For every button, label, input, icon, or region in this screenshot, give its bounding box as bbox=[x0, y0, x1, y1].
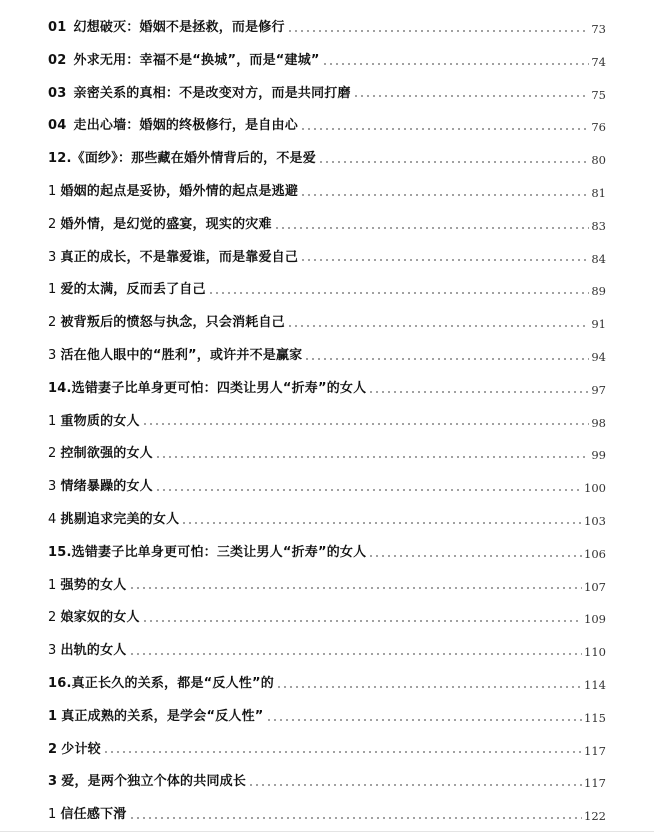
toc-entry[interactable]: 3情绪暴躁的女人 100 bbox=[48, 470, 606, 503]
toc-page-number: 80 bbox=[591, 144, 606, 177]
toc-entry-text: 真正成熟的关系，是学会“反人性” bbox=[61, 709, 263, 724]
toc-entry-number: 12. bbox=[48, 151, 72, 166]
toc-entry-title: 3活在他人眼中的“胜利”，或许并不是赢家 bbox=[48, 340, 302, 373]
dot-leader bbox=[129, 817, 583, 819]
dot-leader bbox=[318, 161, 589, 163]
toc-entry[interactable]: 1强势的女人 107 bbox=[48, 569, 606, 602]
toc-entry-number: 01 bbox=[48, 20, 67, 35]
toc-page-number: 76 bbox=[591, 111, 606, 144]
toc-entry-title: 2少计较 bbox=[48, 734, 101, 767]
toc-entry[interactable]: 02外求无用：幸福不是“换城”，而是“建城” 74 bbox=[48, 44, 606, 77]
toc-entry-number: 02 bbox=[48, 53, 67, 68]
toc-entry-title: 1重物质的女人 bbox=[48, 406, 140, 439]
toc-entry-title: 01幻想破灭：婚姻不是拯救，而是修行 bbox=[48, 12, 285, 45]
toc-entry-title: 03亲密关系的真相：不是改变对方，而是共同打磨 bbox=[48, 78, 351, 111]
toc-entry[interactable]: 1信任感下滑 122 bbox=[48, 798, 606, 831]
toc-page-number: 73 bbox=[591, 13, 606, 46]
toc-entry-text: 活在他人眼中的“胜利”，或许并不是赢家 bbox=[60, 348, 302, 363]
dot-leader bbox=[276, 686, 582, 688]
dot-leader bbox=[208, 292, 590, 294]
dot-leader bbox=[266, 719, 583, 721]
toc-page-number: 107 bbox=[584, 571, 606, 604]
toc-entry-title: 1婚姻的起点是妥协，婚外情的起点是逃避 bbox=[48, 176, 298, 209]
toc-page-number: 114 bbox=[584, 669, 606, 702]
toc-entry-title: 3爱，是两个独立个体的共同成长 bbox=[48, 766, 246, 799]
toc-entry[interactable]: 2被背叛后的愤怒与执念，只会消耗自己 91 bbox=[48, 306, 606, 339]
toc-entry-title: 2娘家奴的女人 bbox=[48, 602, 140, 635]
toc-entry-text: 娘家奴的女人 bbox=[60, 610, 139, 625]
toc-chapter-entry[interactable]: 16.真正长久的关系，都是“反人性”的 114 bbox=[48, 667, 606, 700]
toc-entry[interactable]: 3出轨的女人 110 bbox=[48, 634, 606, 667]
toc-page-number: 115 bbox=[584, 702, 606, 735]
toc-entry-number: 2 bbox=[48, 742, 57, 757]
toc-entry-number: 14. bbox=[48, 381, 72, 396]
toc-entry[interactable]: 1重物质的女人 98 bbox=[48, 405, 606, 438]
toc-page-number: 94 bbox=[591, 341, 606, 374]
toc-entry-text: 真正长久的关系，都是“反人性”的 bbox=[72, 676, 274, 691]
dot-leader bbox=[300, 259, 589, 261]
dot-leader bbox=[181, 522, 582, 524]
toc-entry-number: 3 bbox=[48, 479, 56, 494]
toc-entry-text: 婚外情，是幻觉的盛宴，现实的灾难 bbox=[60, 217, 271, 232]
dot-leader bbox=[287, 325, 589, 327]
toc-page-number: 75 bbox=[591, 79, 606, 112]
toc-page-number: 98 bbox=[591, 407, 606, 440]
toc-entry-number: 1 bbox=[48, 709, 57, 724]
toc-entry-number: 04 bbox=[48, 118, 67, 133]
toc-page-number: 89 bbox=[591, 275, 606, 308]
toc-entry-title: 12.《面纱》：那些藏在婚外情背后的，不是爱 bbox=[48, 143, 316, 176]
dot-leader bbox=[274, 227, 590, 229]
toc-page-number: 81 bbox=[591, 177, 606, 210]
toc-entry-text: 重物质的女人 bbox=[60, 414, 139, 429]
toc-entry[interactable]: 1爱的太满，反而丢了自己 89 bbox=[48, 273, 606, 306]
dot-leader bbox=[129, 653, 583, 655]
toc-entry-number: 3 bbox=[48, 348, 56, 363]
toc-entry-number: 1 bbox=[48, 414, 56, 429]
dot-leader bbox=[304, 358, 589, 360]
toc-page-number: 83 bbox=[591, 210, 606, 243]
toc-entry-number: 2 bbox=[48, 610, 56, 625]
toc-entry-text: 情绪暴躁的女人 bbox=[60, 479, 152, 494]
toc-entry-text: 信任感下滑 bbox=[60, 807, 126, 822]
page-bottom-border bbox=[0, 831, 654, 832]
dot-leader bbox=[368, 391, 589, 393]
toc-page-number: 91 bbox=[591, 308, 606, 341]
toc-entry-text: 选错妻子比单身更可怕：四类让男人“折寿”的女人 bbox=[72, 381, 367, 396]
toc-entry-text: 挑剔追求完美的女人 bbox=[60, 512, 179, 527]
toc-entry[interactable]: 2婚外情，是幻觉的盛宴，现实的灾难 83 bbox=[48, 208, 606, 241]
toc-page-number: 106 bbox=[584, 538, 606, 571]
dot-leader bbox=[142, 423, 590, 425]
toc-page-number: 97 bbox=[591, 374, 606, 407]
toc-entry-title: 16.真正长久的关系，都是“反人性”的 bbox=[48, 668, 274, 701]
toc-entry-title: 2婚外情，是幻觉的盛宴，现实的灾难 bbox=[48, 209, 272, 242]
toc-entry-title: 1信任感下滑 bbox=[48, 799, 127, 832]
toc-entry[interactable]: 2少计较 117 bbox=[48, 733, 606, 766]
dot-leader bbox=[322, 63, 590, 65]
toc-entry-title: 2控制欲强的女人 bbox=[48, 438, 153, 471]
toc-entry-title: 1强势的女人 bbox=[48, 570, 127, 603]
toc-entry-title: 1真正成熟的关系，是学会“反人性” bbox=[48, 701, 264, 734]
toc-page-number: 74 bbox=[591, 46, 606, 79]
toc-entry-title: 3出轨的女人 bbox=[48, 635, 127, 668]
toc-entry-number: 03 bbox=[48, 86, 67, 101]
dot-leader bbox=[103, 751, 582, 753]
toc-entry[interactable]: 04走出心墙：婚姻的终极修行，是自由心 76 bbox=[48, 109, 606, 142]
toc-page-number: 110 bbox=[584, 636, 606, 669]
toc-page-number: 99 bbox=[591, 439, 606, 472]
toc-entry[interactable]: 1婚姻的起点是妥协，婚外情的起点是逃避 81 bbox=[48, 175, 606, 208]
toc-entry-title: 4挑剔追求完美的女人 bbox=[48, 504, 179, 537]
toc-entry-title: 2被背叛后的愤怒与执念，只会消耗自己 bbox=[48, 307, 285, 340]
toc-entry[interactable]: 2控制欲强的女人 99 bbox=[48, 437, 606, 470]
toc-chapter-entry[interactable]: 12.《面纱》：那些藏在婚外情背后的，不是爱 80 bbox=[48, 142, 606, 175]
toc-entry[interactable]: 3爱，是两个独立个体的共同成长 117 bbox=[48, 765, 606, 798]
dot-leader bbox=[300, 194, 589, 196]
toc-entry-number: 2 bbox=[48, 446, 56, 461]
toc-entry-number: 1 bbox=[48, 807, 56, 822]
dot-leader bbox=[353, 95, 590, 97]
toc-entry-text: 真正的成长，不是靠爱谁，而是靠爱自己 bbox=[60, 250, 298, 265]
toc-page-number: 100 bbox=[584, 472, 606, 505]
toc-entry-text: 少计较 bbox=[61, 742, 101, 757]
toc-entry-text: 幻想破灭：婚姻不是拯救，而是修行 bbox=[74, 20, 285, 35]
toc-chapter-entry[interactable]: 15.选错妻子比单身更可怕：三类让男人“折寿”的女人 106 bbox=[48, 536, 606, 569]
dot-leader bbox=[155, 489, 582, 491]
dot-leader bbox=[287, 30, 590, 32]
toc-page-number: 117 bbox=[584, 735, 606, 768]
toc-page-number: 117 bbox=[584, 767, 606, 800]
toc-entry-text: 爱的太满，反而丢了自己 bbox=[60, 282, 205, 297]
toc-entry-text: 被背叛后的愤怒与执念，只会消耗自己 bbox=[60, 315, 284, 330]
toc-entry-title: 14.选错妻子比单身更可怕：四类让男人“折寿”的女人 bbox=[48, 373, 366, 406]
toc-entry-title: 1爱的太满，反而丢了自己 bbox=[48, 274, 206, 307]
toc-entry-number: 1 bbox=[48, 184, 56, 199]
dot-leader bbox=[300, 128, 589, 130]
toc-entry[interactable]: 2娘家奴的女人 109 bbox=[48, 601, 606, 634]
toc-entry-number: 2 bbox=[48, 315, 56, 330]
toc-entry-title: 3真正的成长，不是靠爱谁，而是靠爱自己 bbox=[48, 242, 298, 275]
dot-leader bbox=[129, 587, 583, 589]
toc-entry-text: 《面纱》：那些藏在婚外情背后的，不是爱 bbox=[72, 151, 316, 166]
dot-leader bbox=[368, 555, 582, 557]
toc-entry-text: 外求无用：幸福不是“换城”，而是“建城” bbox=[74, 53, 320, 68]
toc-entry-number: 3 bbox=[48, 643, 56, 658]
toc-entry-text: 走出心墙：婚姻的终极修行，是自由心 bbox=[74, 118, 298, 133]
table-of-contents: 01幻想破灭：婚姻不是拯救，而是修行 73 02外求无用：幸福不是“换城”，而是… bbox=[48, 11, 606, 831]
dot-leader bbox=[248, 784, 582, 786]
toc-entry-text: 婚姻的起点是妥协，婚外情的起点是逃避 bbox=[60, 184, 298, 199]
dot-leader bbox=[142, 620, 582, 622]
toc-entry[interactable]: 01幻想破灭：婚姻不是拯救，而是修行 73 bbox=[48, 11, 606, 44]
toc-entry-number: 2 bbox=[48, 217, 56, 232]
toc-entry[interactable]: 03亲密关系的真相：不是改变对方，而是共同打磨 75 bbox=[48, 77, 606, 110]
toc-entry-number: 3 bbox=[48, 774, 57, 789]
toc-entry-title: 04走出心墙：婚姻的终极修行，是自由心 bbox=[48, 110, 298, 143]
toc-entry-text: 亲密关系的真相：不是改变对方，而是共同打磨 bbox=[74, 86, 351, 101]
toc-entry-number: 15. bbox=[48, 545, 72, 560]
toc-entry[interactable]: 3真正的成长，不是靠爱谁，而是靠爱自己 84 bbox=[48, 241, 606, 274]
toc-page-number: 109 bbox=[584, 603, 606, 636]
toc-entry-text: 控制欲强的女人 bbox=[60, 446, 152, 461]
toc-entry-text: 选错妻子比单身更可怕：三类让男人“折寿”的女人 bbox=[72, 545, 367, 560]
toc-entry-text: 强势的女人 bbox=[60, 578, 126, 593]
toc-entry[interactable]: 1真正成熟的关系，是学会“反人性” 115 bbox=[48, 700, 606, 733]
toc-chapter-entry[interactable]: 14.选错妻子比单身更可怕：四类让男人“折寿”的女人 97 bbox=[48, 372, 606, 405]
toc-entry[interactable]: 3活在他人眼中的“胜利”，或许并不是赢家 94 bbox=[48, 339, 606, 372]
toc-page-number: 103 bbox=[584, 505, 606, 538]
toc-entry-number: 3 bbox=[48, 250, 56, 265]
toc-entry-number: 1 bbox=[48, 282, 56, 297]
toc-entry-number: 4 bbox=[48, 512, 56, 527]
toc-entry-title: 02外求无用：幸福不是“换城”，而是“建城” bbox=[48, 45, 320, 78]
toc-page-number: 122 bbox=[584, 800, 606, 833]
toc-entry-text: 爱，是两个独立个体的共同成长 bbox=[61, 774, 246, 789]
toc-entry-number: 1 bbox=[48, 578, 56, 593]
toc-entry[interactable]: 4挑剔追求完美的女人 103 bbox=[48, 503, 606, 536]
dot-leader bbox=[155, 456, 589, 458]
toc-page-number: 84 bbox=[591, 243, 606, 276]
toc-entry-text: 出轨的女人 bbox=[60, 643, 126, 658]
toc-entry-number: 16. bbox=[48, 676, 72, 691]
toc-entry-title: 15.选错妻子比单身更可怕：三类让男人“折寿”的女人 bbox=[48, 537, 366, 570]
toc-entry-title: 3情绪暴躁的女人 bbox=[48, 471, 153, 504]
